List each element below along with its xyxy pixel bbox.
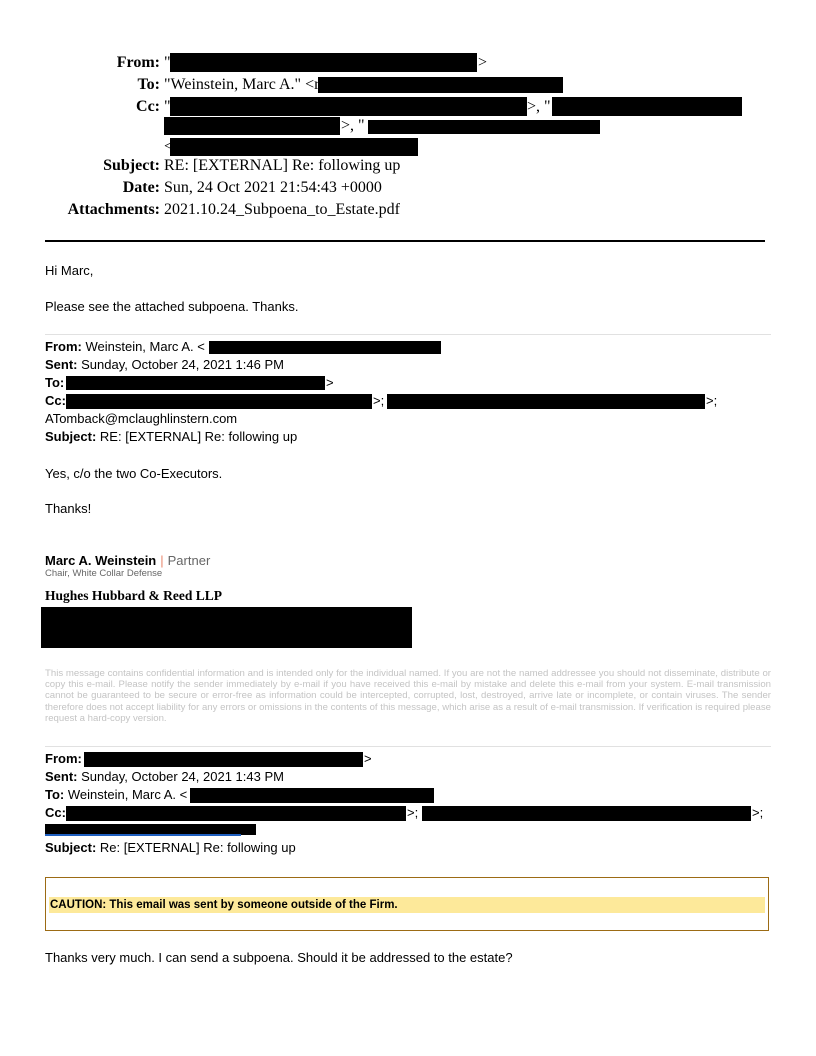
- link-underline: [45, 834, 241, 836]
- from-label: From:: [45, 339, 82, 354]
- redaction: [318, 77, 563, 93]
- from-tail: >: [478, 53, 487, 73]
- redaction: [170, 53, 477, 72]
- subject-label: Subject:: [45, 840, 96, 855]
- from-label: From:: [45, 751, 82, 766]
- redaction: [66, 806, 406, 821]
- message-body: Thanks!: [45, 500, 91, 518]
- disclaimer: This message contains confidential infor…: [45, 668, 771, 724]
- to-value: Weinstein, Marc A. <: [68, 787, 187, 802]
- message-divider: [45, 334, 771, 335]
- to-value: "Weinstein, Marc A." <r: [164, 75, 319, 95]
- signature-name: Marc A. Weinstein: [45, 553, 156, 568]
- cc-separator: >;: [373, 392, 384, 410]
- signature-subtitle: Chair, White Collar Defense: [45, 568, 162, 579]
- cc-label: Cc:: [40, 97, 160, 117]
- redaction: [422, 806, 751, 821]
- redaction: [41, 607, 412, 648]
- header-divider: [45, 240, 765, 242]
- cc-separator: >, ": [341, 116, 365, 136]
- cc-tail: >;: [706, 392, 717, 410]
- firm-name: Hughes Hubbard & Reed LLP: [45, 588, 222, 604]
- cc-label: Cc:: [45, 393, 66, 408]
- message-body: Thanks very much. I can send a subpoena.…: [45, 949, 513, 967]
- to-tail: >: [326, 374, 334, 392]
- redaction: [387, 394, 705, 409]
- message-body: Yes, c/o the two Co-Executors.: [45, 465, 222, 483]
- subject-label: Subject:: [45, 429, 96, 444]
- subject-value: RE: [EXTERNAL] Re: following up: [100, 429, 297, 444]
- redaction: [66, 394, 372, 409]
- redaction: [170, 97, 527, 116]
- date-value: Sun, 24 Oct 2021 21:54:43 +0000: [164, 178, 382, 198]
- subject-value: Re: [EXTERNAL] Re: following up: [100, 840, 296, 855]
- redaction: [552, 97, 742, 116]
- to-label: To:: [45, 375, 64, 390]
- to-label: To:: [40, 75, 160, 95]
- caution-banner: CAUTION: This email was sent by someone …: [45, 877, 769, 931]
- message-divider: [45, 746, 771, 747]
- redaction: [84, 752, 363, 767]
- to-label: To:: [45, 787, 64, 802]
- caution-text: CAUTION: This email was sent by someone …: [49, 897, 765, 913]
- from-label: From:: [40, 53, 160, 73]
- from-value: Weinstein, Marc A. <: [85, 339, 204, 354]
- redaction: [66, 376, 325, 390]
- greeting: Hi Marc,: [45, 262, 93, 280]
- attachments-label: Attachments:: [40, 200, 160, 220]
- message-body: Please see the attached subpoena. Thanks…: [45, 298, 298, 316]
- cc-label: Cc:: [45, 805, 66, 820]
- attachment-link[interactable]: 2021.10.24_Subpoena_to_Estate.pdf: [164, 200, 400, 220]
- from-tail: >: [364, 750, 372, 768]
- sent-value: Sunday, October 24, 2021 1:46 PM: [81, 357, 284, 372]
- date-label: Date:: [40, 178, 160, 198]
- sent-label: Sent:: [45, 769, 78, 784]
- redaction: [170, 138, 418, 156]
- sent-label: Sent:: [45, 357, 78, 372]
- redaction: [209, 341, 441, 354]
- redaction: [190, 788, 434, 803]
- redaction: [164, 117, 340, 135]
- signature-title: Partner: [168, 553, 211, 568]
- signature-separator: |: [160, 553, 163, 568]
- cc-separator: >, ": [527, 97, 551, 117]
- cc-email-link[interactable]: ATomback@mclaughlinstern.com: [45, 410, 237, 428]
- subject-label: Subject:: [40, 156, 160, 176]
- cc-tail: >;: [752, 804, 763, 822]
- cc-separator: >;: [407, 804, 418, 822]
- subject-value: RE: [EXTERNAL] Re: following up: [164, 156, 400, 176]
- sent-value: Sunday, October 24, 2021 1:43 PM: [81, 769, 284, 784]
- redaction: [368, 120, 600, 134]
